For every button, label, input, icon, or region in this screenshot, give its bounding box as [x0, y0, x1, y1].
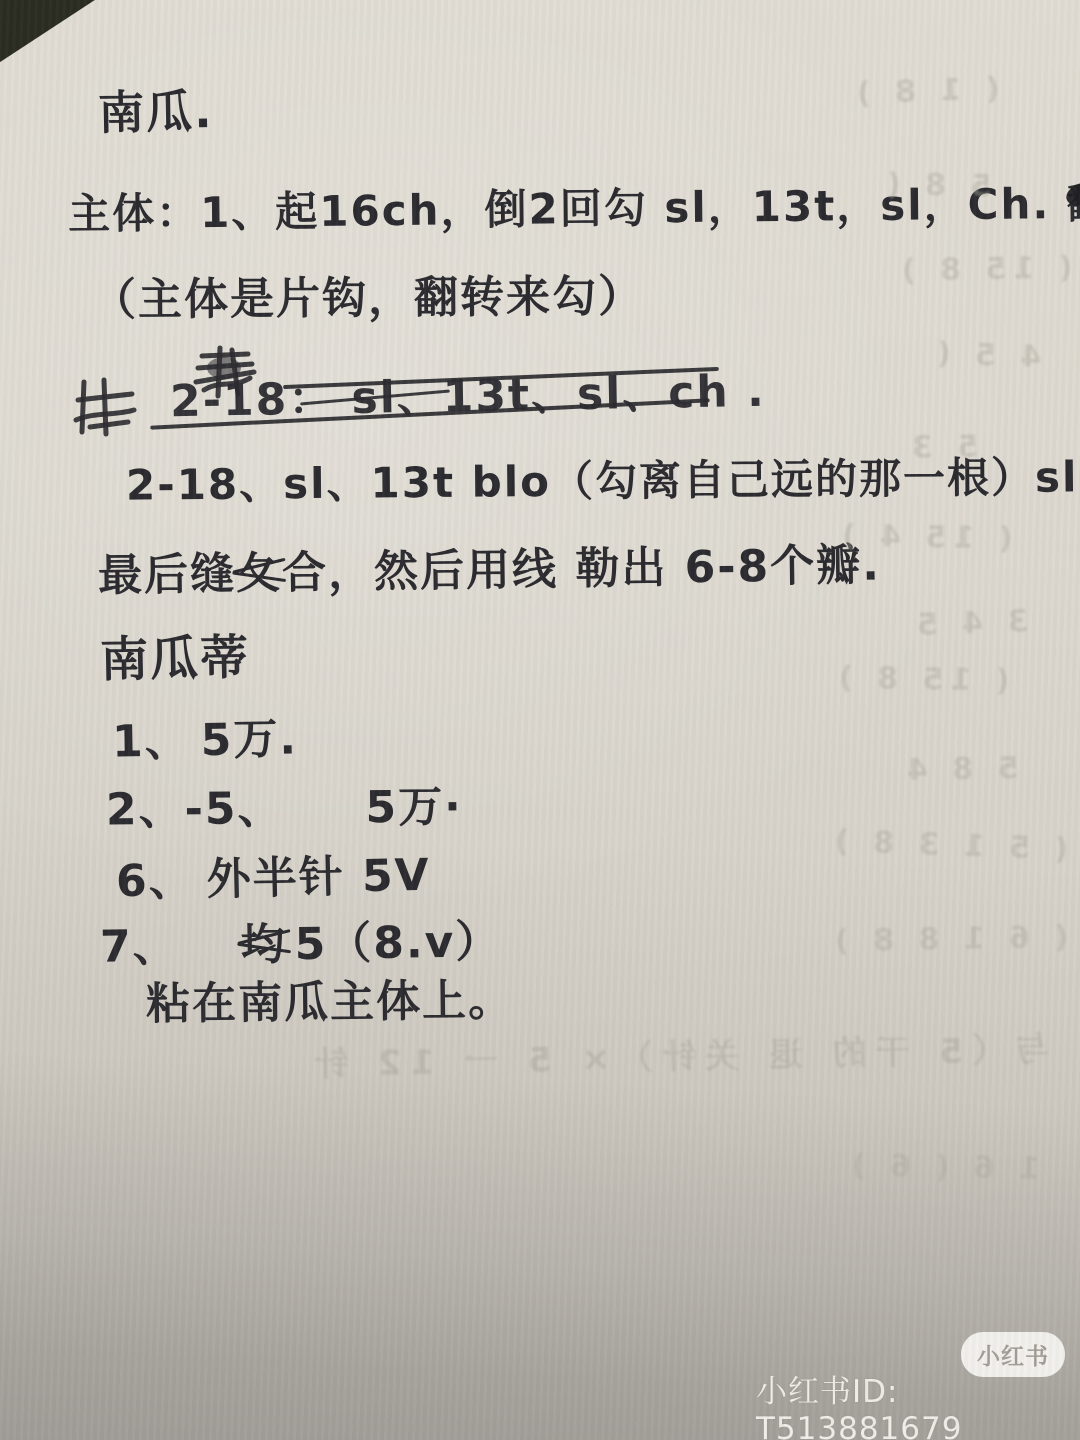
stem-heading: 南瓜蒂 — [99, 619, 250, 691]
body-line-4: 最后缝夂合，然后用线 勒出 6-8个瓣. — [98, 529, 882, 604]
body-line-4-after: 合，然后用线 勒出 6-8个瓣. — [282, 540, 881, 599]
step-text: 5万· — [365, 781, 463, 833]
step-text: 外半针 5V — [206, 850, 431, 906]
desk-corner-shadow — [0, 0, 104, 66]
body-line-2: （主体是片钩，翻转来勾） — [92, 260, 644, 328]
bleedthrough-line: ( 1 8 ) — [849, 71, 1000, 111]
bleedthrough-line: 1 6 ( 6 ) — [845, 1148, 1040, 1186]
bleedthrough-line: 5 8 ( — [880, 167, 992, 204]
blotted-character: 翻 — [1067, 171, 1080, 231]
bleedthrough-line: 5 8 4 — [900, 751, 1019, 788]
stem-step-5: 粘在南瓜主体上。 — [146, 964, 515, 1032]
notebook-photo: 南瓜. 主体：1、起16ch，倒2回勾 sl，13t，sl，Ch. 翻 （主体是… — [0, 0, 1080, 1440]
body-line-4-before: 最后缝 — [98, 549, 237, 602]
bleedthrough-line: 5 3 — [905, 429, 979, 465]
stem-step-3: 6、外半针 5V — [115, 839, 431, 910]
step-prefix: 6、 — [116, 855, 196, 908]
bleedthrough-line: ( 6 1 8 8 ) — [828, 920, 1069, 959]
bleedthrough-line: ( 15 8 ) — [832, 660, 1010, 698]
bleedthrough-line: 4 5 ( — [929, 336, 1042, 375]
stem-step-1: 1、5万. — [111, 702, 298, 769]
step-text: 粘在南瓜主体上。 — [146, 975, 515, 1030]
scratched-character: 夂 — [236, 537, 283, 602]
xiaohongshu-id: 小红书ID: T513881679 — [756, 1366, 1080, 1440]
crossed-out-line: 2-18： sl、13t、sl、ch . — [169, 355, 766, 429]
note-title: 南瓜. — [97, 75, 214, 143]
step-prefix: 7、 — [100, 921, 179, 973]
step-struck: 均 — [240, 908, 287, 973]
step-text: 5万. — [200, 713, 298, 766]
bleedthrough-line: ( 15 8 ) — [895, 250, 1073, 288]
bleedthrough-line: ( 15 4 ) — [835, 518, 1013, 556]
step-prefix: 1、 — [112, 715, 192, 767]
margin-scribble-icon — [70, 372, 142, 444]
bleedthrough-line: ( 5 1 3 8 ) — [827, 824, 1068, 867]
stem-step-2: 2、-5、5万· — [106, 770, 463, 837]
bleedthrough-line: 3 4 5 — [909, 604, 1029, 643]
step-text: 5（8.v） — [294, 916, 501, 970]
step-prefix: 2、-5、 — [106, 783, 284, 836]
